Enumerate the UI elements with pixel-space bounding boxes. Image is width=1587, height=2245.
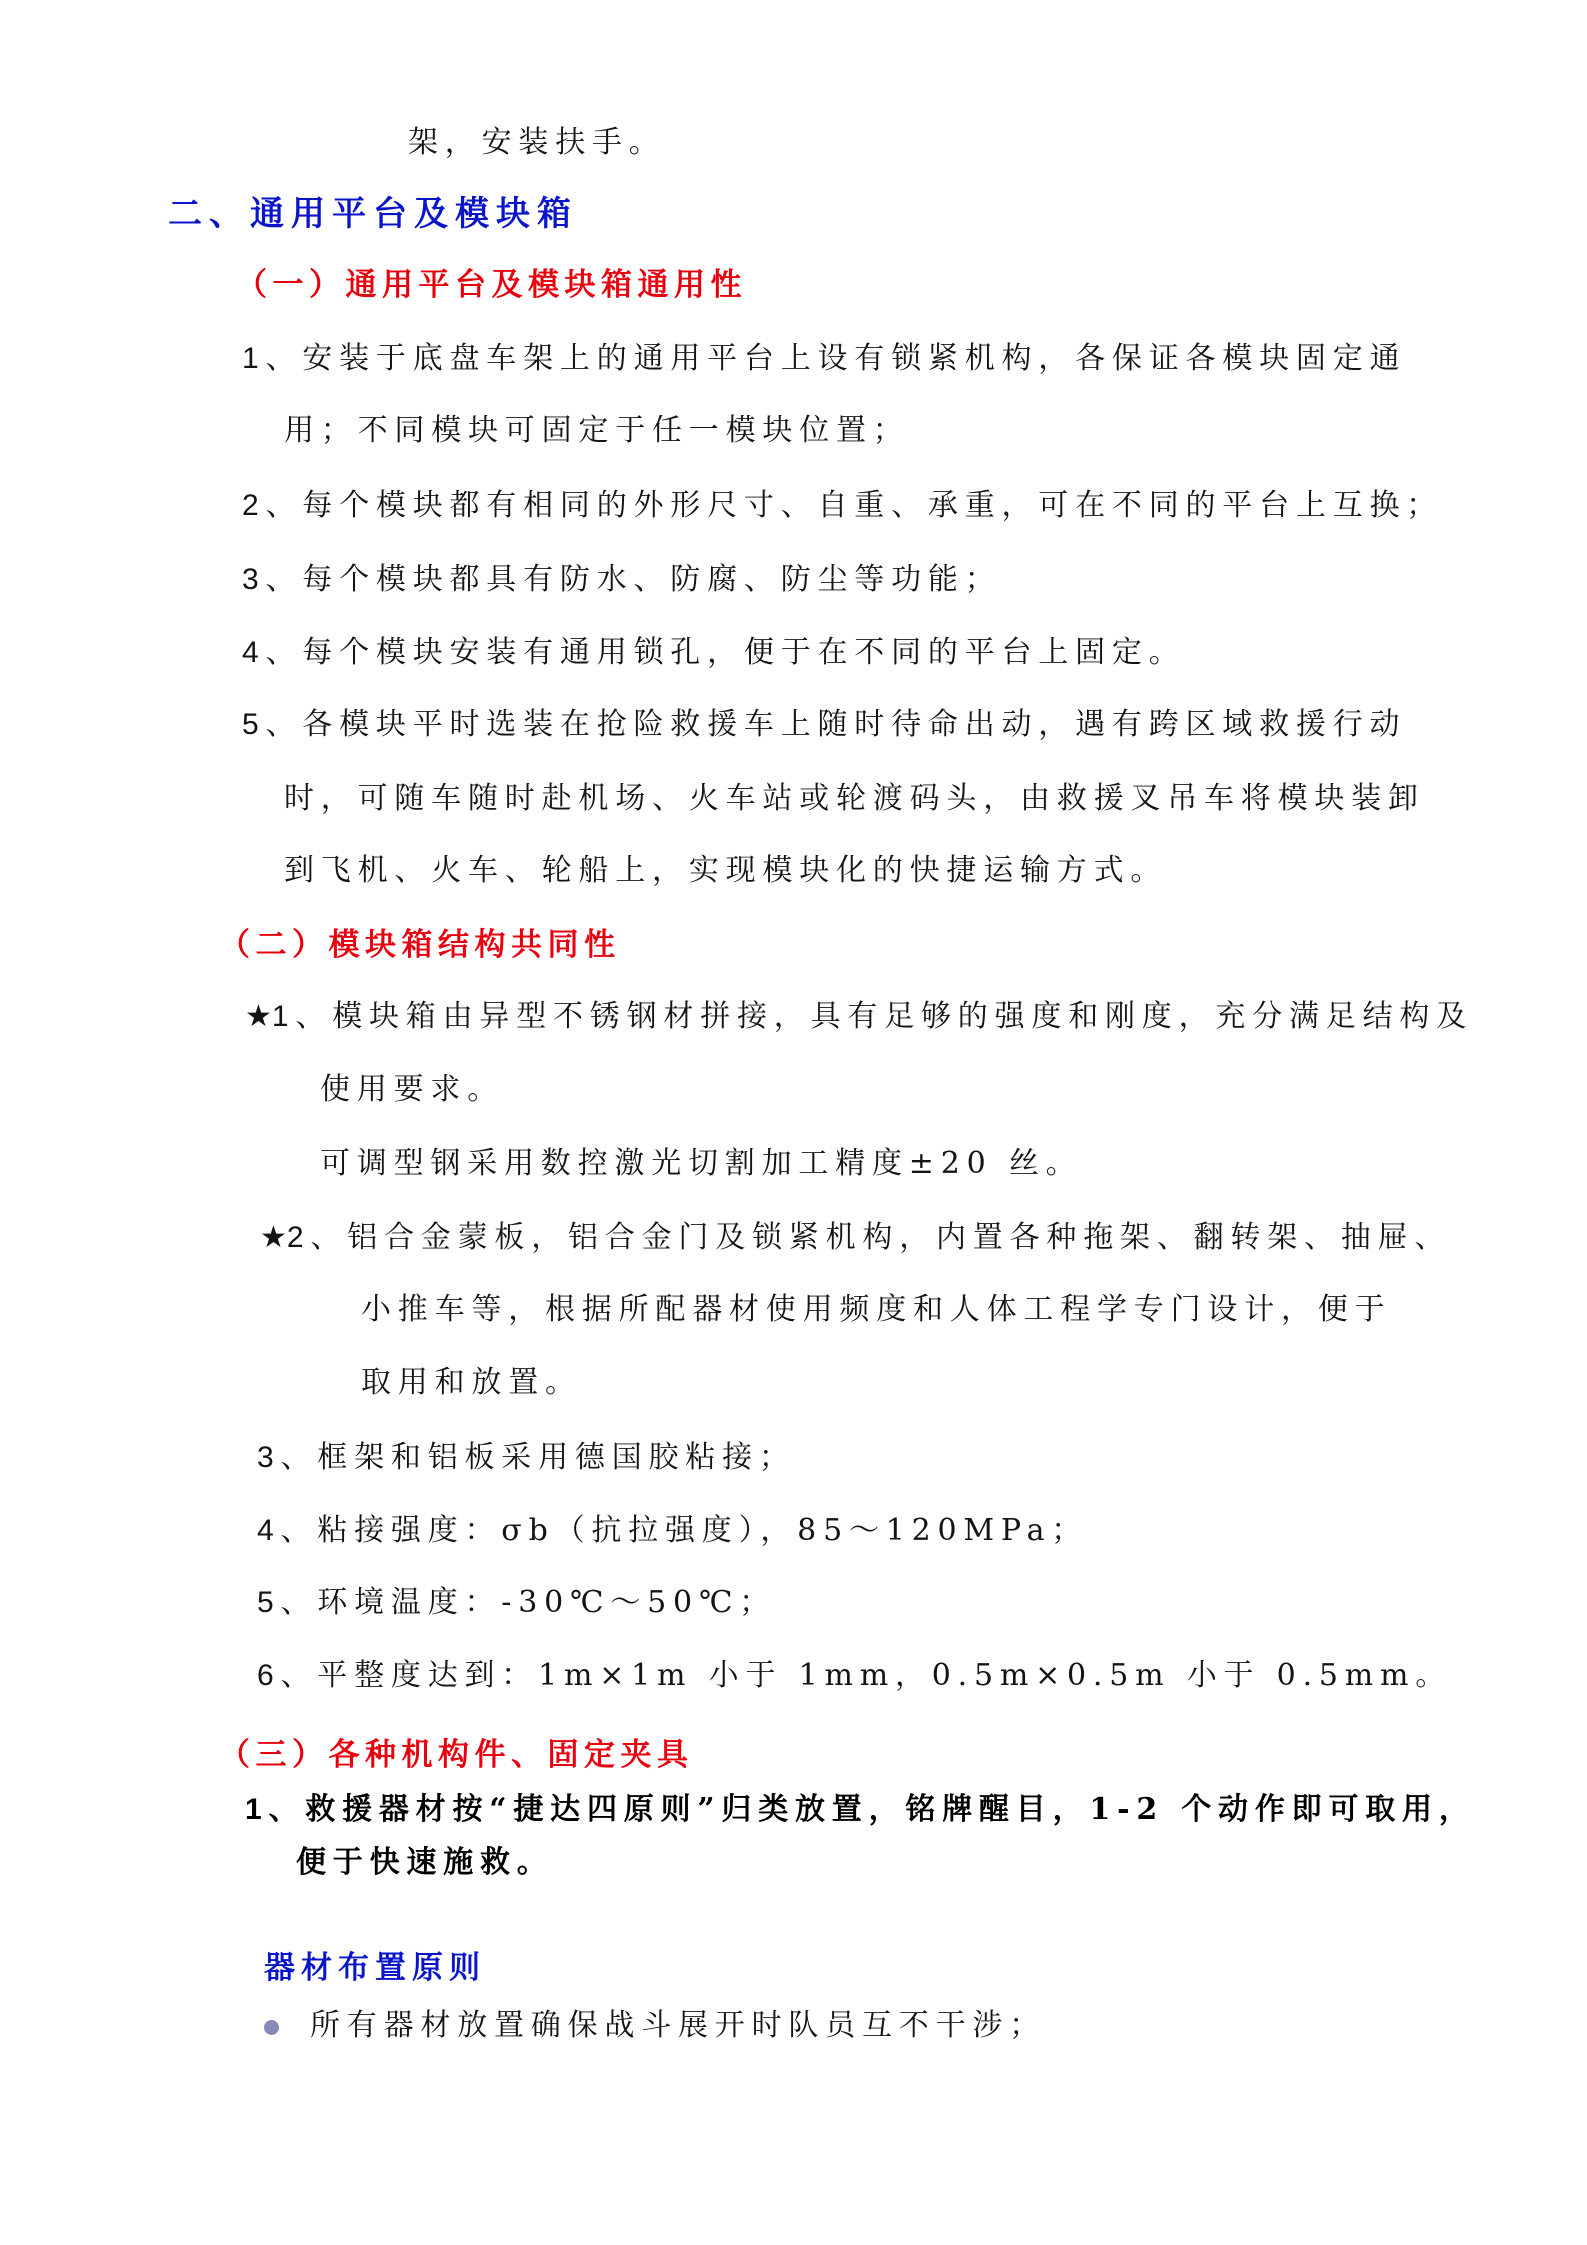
item-text: 铝合金蒙板，铝合金门及锁紧机构，内置各种拖架、翻转架、抽屉、 [347,1220,1451,1255]
list-item-2-6: 6、平整度达到：1m×1m 小于 1mm，0.5m×0.5m 小于 0.5mm。 [257,1661,1452,1691]
subsection-title-2: （二）模块箱结构共同性 [219,930,621,961]
list-item-2-5: 5、环境温度：-30℃～50℃； [257,1588,776,1618]
list-item-1-1-cont: 用；不同模块可固定于任一模块位置； [284,416,910,446]
list-item-2-1: ★1、模块箱由异型不锈钢材拼接，具有足够的强度和刚度，充分满足结构及 [245,1002,1473,1032]
item-number: 4、 [242,636,302,669]
item-text: 每个模块都具有防水、防腐、防尘等功能； [302,562,1001,597]
list-item-1-3: 3、每个模块都具有防水、防腐、防尘等功能； [242,565,1002,595]
item-number: 5、 [242,708,302,741]
item-number: 5、 [257,1586,317,1619]
subsection-title-3: （三）各种机构件、固定夹具 [219,1740,694,1771]
list-item-2-1-cont-1: 使用要求。 [320,1075,504,1105]
item-text: 平整度达到：1m×1m 小于 1mm，0.5m×0.5m 小于 0.5mm。 [317,1658,1452,1693]
item-number: 2、 [242,489,302,522]
item-text: 救援器材按“捷达四原则”归类放置，铭牌醒目，1-2 个动作即可取用， [305,1792,1475,1827]
list-item-2-1-cont-2: 可调型钢采用数控激光切割加工精度±20 丝。 [320,1149,1082,1179]
item-number: 1、 [245,1793,305,1826]
list-item-2-3: 3、框架和铝板采用德国胶粘接； [257,1443,796,1473]
list-item-2-2-cont-2: 取用和放置。 [361,1368,582,1398]
star-icon: ★ [245,999,272,1034]
list-item-2-4: 4、粘接强度：σb（抗拉强度），85～120MPa； [257,1516,1088,1546]
item-text: 每个模块安装有通用锁孔，便于在不同的平台上固定。 [302,635,1185,670]
subsection-title-1: （一）通用平台及模块箱通用性 [236,270,747,301]
item-text: 安装于底盘车架上的通用平台上设有锁紧机构，各保证各模块固定通 [302,341,1406,376]
item-number: 2、 [287,1221,347,1254]
item-number: 1、 [242,342,302,375]
principles-title: 器材布置原则 [264,1953,486,1984]
list-item-1-1: 1、安装于底盘车架上的通用平台上设有锁紧机构，各保证各模块固定通 [242,344,1406,374]
item-text: 粘接强度：σb（抗拉强度），85～120MPa； [317,1513,1088,1548]
item-number: 3、 [257,1441,317,1474]
continuation-text: 架，安装扶手。 [408,128,666,158]
list-item-3-1: 1、救援器材按“捷达四原则”归类放置，铭牌醒目，1-2 个动作即可取用， [245,1795,1476,1825]
item-number: 6、 [257,1659,317,1692]
item-text: 环境温度：-30℃～50℃； [317,1585,776,1620]
list-item-1-5-cont-2: 到飞机、火车、轮船上，实现模块化的快捷运输方式。 [284,856,1167,886]
star-icon: ★ [260,1220,287,1255]
item-text: 模块箱由异型不锈钢材拼接，具有足够的强度和刚度，充分满足结构及 [332,999,1473,1034]
list-item-2-2-cont-1: 小推车等，根据所配器材使用频度和人体工程学专门设计，便于 [361,1295,1391,1325]
item-number: 4、 [257,1514,317,1547]
item-number: 1、 [272,1000,332,1033]
list-item-1-2: 2、每个模块都有相同的外形尺寸、自重、承重，可在不同的平台上互换； [242,491,1443,521]
list-item-2-2: ★2、铝合金蒙板，铝合金门及锁紧机构，内置各种拖架、翻转架、抽屉、 [260,1223,1451,1253]
section-title: 二、通用平台及模块箱 [168,197,578,231]
list-item-1-5: 5、各模块平时选装在抢险救援车上随时待命出动，遇有跨区域救援行动 [242,710,1406,740]
item-number: 3、 [242,563,302,596]
list-item-1-5-cont-1: 时，可随车随时赴机场、火车站或轮渡码头，由救援叉吊车将模块装卸 [284,784,1425,814]
bullet-icon [264,2020,279,2035]
item-text: 框架和铝板采用德国胶粘接； [317,1440,795,1475]
item-text: 每个模块都有相同的外形尺寸、自重、承重，可在不同的平台上互换； [302,488,1443,523]
list-item-3-1-cont: 便于快速施救。 [296,1848,554,1878]
list-item-1-4: 4、每个模块安装有通用锁孔，便于在不同的平台上固定。 [242,638,1186,668]
principle-bullet-text: 所有器材放置确保战斗展开时队员互不干涉； [310,2011,1046,2041]
item-text: 各模块平时选装在抢险救援车上随时待命出动，遇有跨区域救援行动 [302,707,1406,742]
